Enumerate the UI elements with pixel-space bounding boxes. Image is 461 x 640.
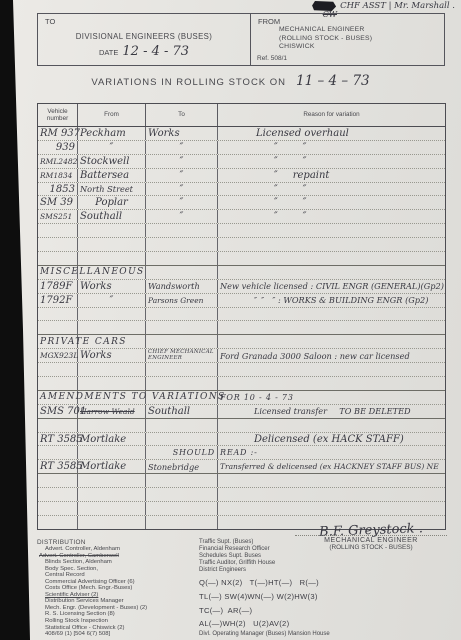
table-cell: North Street [78, 183, 146, 196]
table-cell: RM 937 [38, 127, 78, 140]
table-row: SM 39Poplar″″ ″ [38, 196, 445, 210]
table-cell [218, 335, 445, 348]
garage-code-line: TL(—) SW(4)WN(—) W(2)HW(3) [199, 590, 319, 604]
table-cell: ″ [146, 141, 218, 154]
table-cell: Wandsworth [146, 280, 218, 293]
distribution-list: DISTRIBUTION Advert. Controller, Aldenha… [37, 539, 195, 638]
garage-code-line: AL(—)WH(2) U(2)AV(2) [199, 617, 319, 631]
garage-code-line: Q(—) NX(2) T(—)HT(—) R(—) [199, 576, 319, 590]
table-row: 939″″″ ″ [38, 141, 445, 155]
table-cell: MGX923L [38, 349, 78, 362]
table-row [38, 419, 445, 433]
table-cell [38, 321, 78, 334]
table-cell: ″ [146, 183, 218, 196]
table-row [38, 238, 445, 252]
table-cell: READ :- [218, 446, 445, 459]
table-row [38, 377, 445, 391]
table-cell [38, 377, 78, 390]
table-row: AMENDMENTS TO VARIATIONSFOR 10 - 4 - 73 [38, 391, 445, 405]
table-cell: PRIVATE CARS [38, 335, 78, 348]
footer: DISTRIBUTION Advert. Controller, Aldenha… [37, 536, 449, 640]
table-cell: SMS 701 [38, 405, 78, 418]
table-cell [146, 363, 218, 376]
table-cell: Southall [146, 405, 218, 418]
table-cell: RT 3585 [38, 433, 78, 446]
table-cell: 1789F [38, 280, 78, 293]
table-cell: ″ ″ [218, 196, 445, 209]
table-cell [218, 419, 445, 432]
distribution-items: Advert. Controller, AldenhamAdvert. Cont… [37, 546, 195, 638]
table-cell: 1792F [38, 294, 78, 307]
table-cell: SHOULD [146, 446, 218, 459]
table-cell [218, 488, 445, 501]
table-cell: Ford Granada 3000 Saloon : new car licen… [218, 349, 445, 362]
table-cell: CHIEF MECHANICAL ENGINEER [146, 349, 218, 362]
table-cell: MISCELLANEOUS [38, 266, 78, 279]
table-cell [146, 335, 218, 348]
table-row: 1853North Street″″ ″ [38, 183, 445, 197]
table-cell: RML2482 [38, 155, 78, 168]
table-cell [78, 474, 146, 487]
header-boxes: TO DIVISIONAL ENGINEERS (BUSES) DATE12 -… [37, 13, 445, 66]
table-cell [146, 474, 218, 487]
table-cell [78, 321, 146, 334]
from-label: FROM [258, 17, 280, 26]
table-cell [146, 377, 218, 390]
table-cell: Transferred & delicensed (ex HACKNEY STA… [218, 460, 445, 473]
top-note-text: CHF ASST | Mr. Marshall . [340, 1, 455, 11]
table-cell: New vehicle licensed : CIVIL ENGR (GENER… [218, 280, 446, 293]
table-cell: Poplar [78, 196, 146, 209]
table-row [38, 488, 445, 502]
table-cell: ″ ″ ″ : WORKS & BUILDING ENGR (Gp2) [218, 294, 445, 307]
table-cell [38, 488, 78, 501]
table-cell: ″ [146, 155, 218, 168]
table-row: SMS 701Harrow WealdSouthallLicensed tran… [38, 405, 445, 419]
recipient-item: Schedules Supt. Buses [199, 553, 369, 560]
table-row [38, 321, 445, 335]
table-row: RM 937PeckhamWorksLicensed overhaul [38, 127, 445, 141]
reference-number: Ref. 508/1 [257, 55, 287, 62]
table-row: 1792F″Parsons Green″ ″ ″ : WORKS & BUILD… [38, 294, 445, 308]
table-cell [38, 238, 78, 251]
table-cell: Works [78, 349, 146, 362]
column-header: Vehicle number [38, 104, 78, 126]
table-cell: ″ [146, 169, 218, 182]
table-cell [78, 252, 146, 265]
table-row: MGX923LWorksCHIEF MECHANICAL ENGINEERFor… [38, 349, 445, 363]
table-cell [218, 308, 445, 321]
variations-table: Vehicle numberFromToReason for variation… [37, 103, 446, 530]
table-cell [146, 266, 218, 279]
table-cell [38, 474, 78, 487]
table-cell [218, 266, 445, 279]
table-body: RM 937PeckhamWorksLicensed overhaul939″″… [38, 127, 445, 529]
table-cell [146, 419, 218, 432]
table-row: MISCELLANEOUS [38, 266, 445, 280]
recipient-item: District Engineers [199, 567, 369, 574]
garage-code-counts: Q(—) NX(2) T(—)HT(—) R(—)TL(—) SW(4)WN(—… [199, 576, 319, 631]
table-row [38, 308, 445, 322]
table-cell [78, 446, 146, 459]
table-cell [78, 502, 146, 515]
table-cell: ″ [78, 141, 146, 154]
table-cell [146, 516, 218, 529]
table-cell: RM1834 [38, 169, 78, 182]
table-cell: Parsons Green [146, 294, 218, 307]
table-cell [218, 224, 445, 237]
table-cell: ″ ″ [218, 210, 445, 223]
table-row [38, 516, 445, 529]
table-cell [38, 252, 78, 265]
table-row: 1789FWorksWandsworthNew vehicle licensed… [38, 280, 445, 294]
table-cell [218, 321, 445, 334]
table-cell: Licensed transfer TO BE DELETED [218, 405, 445, 418]
to-label: TO [45, 17, 55, 26]
from-line: (ROLLING STOCK - BUSES) [279, 35, 438, 44]
table-cell: Stockwell [78, 155, 146, 168]
table-cell [38, 502, 78, 515]
column-header: To [146, 104, 218, 126]
table-cell [38, 224, 78, 237]
table-row [38, 363, 445, 377]
table-cell [78, 224, 146, 237]
table-cell [218, 377, 445, 390]
date-label: DATE [99, 48, 118, 57]
distribution-item: 408/69 (1) [504 6(7) 508] [45, 631, 195, 638]
table-cell [218, 502, 445, 515]
bottom-distribution-line: Divl. Operating Manager (Buses) Mansion … [199, 631, 330, 637]
form-title: VARIATIONS IN ROLLING STOCK ON11 – 4 – 7… [0, 72, 461, 90]
table-row: SHOULDREAD :- [38, 446, 445, 460]
table-cell: ″ ″ [218, 141, 445, 154]
table-cell [146, 224, 218, 237]
table-cell [218, 238, 445, 251]
column-header: Reason for variation [218, 104, 445, 126]
table-cell [146, 502, 218, 515]
table-cell: SMS251 [38, 210, 78, 223]
table-cell: Works [146, 127, 218, 140]
table-cell: RT 3585 [38, 460, 78, 473]
table-cell: SM 39 [38, 196, 78, 209]
table-cell [78, 488, 146, 501]
table-cell [218, 516, 445, 529]
to-addressee: DIVISIONAL ENGINEERS (BUSES) [38, 32, 250, 41]
to-box: TO DIVISIONAL ENGINEERS (BUSES) DATE12 -… [37, 13, 250, 66]
column-header: From [78, 104, 146, 126]
from-box: FROM MECHANICAL ENGINEER (ROLLING STOCK … [250, 13, 445, 66]
table-cell [146, 433, 218, 446]
table-cell [218, 363, 445, 376]
table-cell [38, 446, 78, 459]
table-cell: Works [78, 280, 146, 293]
table-cell: ″ ″ [218, 183, 445, 196]
table-cell: AMENDMENTS TO VARIATIONS [38, 391, 78, 404]
table-cell [78, 377, 146, 390]
table-cell [78, 363, 146, 376]
table-cell: 939 [38, 141, 78, 154]
table-cell: Southall [78, 210, 146, 223]
table-row [38, 224, 445, 238]
table-cell: ″ repaint [218, 169, 445, 182]
scanned-page: CHF ASST | Mr. Marshall . CW TO DIVISION… [0, 0, 461, 640]
table-cell: Mortlake [78, 460, 146, 473]
table-cell: Licensed overhaul [218, 127, 445, 140]
table-row: RT 3585MortlakeStonebridgeTransferred & … [38, 460, 445, 474]
table-cell [38, 516, 78, 529]
table-cell [218, 252, 445, 265]
table-cell [146, 252, 218, 265]
table-cell: ″ [146, 210, 218, 223]
table-cell [38, 308, 78, 321]
table-cell: Harrow Weald [78, 405, 146, 418]
table-cell [78, 238, 146, 251]
table-cell [78, 516, 146, 529]
table-cell: ″ [78, 294, 146, 307]
form-title-text: VARIATIONS IN ROLLING STOCK ON [91, 77, 286, 88]
table-cell: Peckham [78, 127, 146, 140]
table-row [38, 252, 445, 266]
ink-scribble-icon [312, 1, 336, 11]
table-cell: Stonebridge [146, 460, 218, 473]
from-line: CHISWICK [279, 43, 438, 52]
table-cell: Battersea [78, 169, 146, 182]
table-row: RM1834Battersea″″ repaint [38, 169, 445, 183]
garage-code-line: TC(—) AR(—) [199, 604, 319, 618]
table-row: RML2482Stockwell″″ ″ [38, 155, 445, 169]
table-cell: Delicensed (ex HACK STAFF) [218, 433, 445, 446]
table-cell [146, 238, 218, 251]
date-line: DATE12 - 4 - 73 [38, 44, 250, 59]
table-cell [78, 308, 146, 321]
table-cell [146, 488, 218, 501]
table-cell [38, 363, 78, 376]
table-row [38, 502, 445, 516]
from-address: MECHANICAL ENGINEER (ROLLING STOCK - BUS… [279, 26, 438, 52]
table-cell [218, 474, 445, 487]
table-header-row: Vehicle numberFromToReason for variation [38, 104, 445, 127]
table-cell: 1853 [38, 183, 78, 196]
distribution-title: DISTRIBUTION [37, 539, 195, 546]
from-line: MECHANICAL ENGINEER [279, 26, 438, 35]
table-cell [146, 321, 218, 334]
table-cell: ″ [146, 196, 218, 209]
form-title-date-handwritten: 11 – 4 – 73 [296, 73, 370, 89]
table-cell: Mortlake [78, 433, 146, 446]
table-cell: ″ ″ [218, 155, 445, 168]
table-row: RT 3585MortlakeDelicensed (ex HACK STAFF… [38, 433, 445, 447]
table-row [38, 474, 445, 488]
table-row: PRIVATE CARS [38, 335, 445, 349]
table-cell: FOR 10 - 4 - 73 [218, 391, 445, 404]
table-row: SMS251Southall″″ ″ [38, 210, 445, 224]
date-value-handwritten: 12 - 4 - 73 [122, 44, 189, 59]
table-cell [146, 308, 218, 321]
recipient-item: Traffic Auditor, Griffith House [199, 560, 369, 567]
table-cell [38, 419, 78, 432]
signatory-subtitle: (ROLLING STOCK - BUSES) [295, 544, 447, 551]
table-cell [78, 419, 146, 432]
